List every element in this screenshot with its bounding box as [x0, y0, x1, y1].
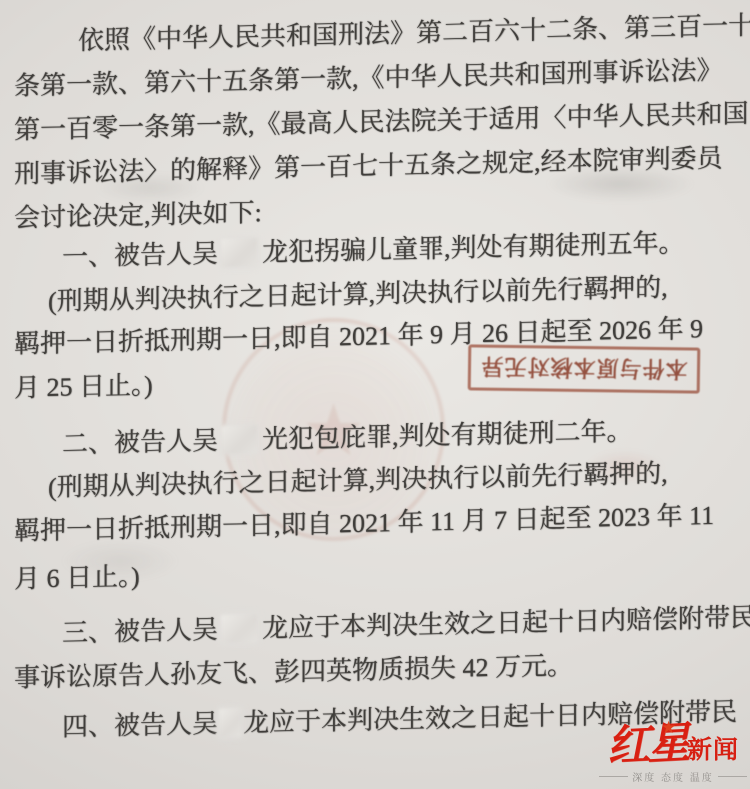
redacted-name: [221, 614, 257, 643]
line-text: 羁押一日折抵刑期一日,即自 2021 年 11 月 7 日起至 2023 年 1…: [14, 501, 714, 546]
line-text: 会讨论决定,判决如下:: [14, 198, 262, 233]
tagline-rule-right: [718, 776, 747, 777]
redacted-name: [221, 238, 257, 267]
redacted-name: [221, 425, 257, 454]
line-text: 月 25 日止。): [14, 371, 153, 403]
redstar-news-watermark: 红星 ★ 新闻 深度 态度 温度: [599, 724, 747, 784]
judgment-line: 事诉讼原告人孙友飞、彭四英物质损失 42 万元。: [14, 645, 573, 695]
verification-stamp-text: 本件与原本核对无异: [480, 352, 687, 386]
judgment-text: 依照《中华人民共和国刑法》第二百六十二条、第三百一十 条第一款、第六十五条第一款…: [0, 0, 750, 789]
line-text: 光犯包庇罪,判处有期徒刑二年。: [262, 417, 633, 454]
line-text: 条第一款、第六十五条第一款,《中华人民共和国刑事诉讼法》: [14, 56, 723, 101]
line-text: 月 6 日止。): [14, 562, 140, 594]
judgment-line: 会讨论决定,判决如下:: [14, 192, 262, 235]
judgment-line: (刑期从判决执行之日起计算,判决执行以前先行羁押的,: [14, 453, 668, 505]
line-text: 依照《中华人民共和国刑法》第二百六十二条、第三百一十: [78, 11, 750, 55]
judgment-line: 月 25 日止。): [14, 365, 153, 405]
judgment-line-item-2: 二、被告人吴光犯包庇罪,判处有期徒刑二年。: [14, 411, 633, 462]
judgment-line: 羁押一日折抵刑期一日,即自 2021 年 11 月 7 日起至 2023 年 1…: [14, 495, 714, 548]
verification-stamp: 本件与原本核对无异: [468, 344, 701, 393]
line-text: 刑事诉讼法〉的解释》第一百七十五条之规定,经本院审判委员: [14, 144, 723, 189]
judgment-photo: ★ 依照《中华人民共和国刑法》第二百六十二条、第三百一十 条第一款、第六十五条第…: [0, 0, 750, 789]
line-text: 事诉讼原告人孙友飞、彭四英物质损失 42 万元。: [14, 651, 573, 693]
redacted-name: [219, 709, 241, 737]
judgment-line: 条第一款、第六十五条第一款,《中华人民共和国刑事诉讼法》: [14, 50, 723, 103]
line-text: (刑期从判决执行之日起计算,判决执行以前先行羁押的,: [48, 459, 668, 502]
tagline-text: 深度 态度 温度: [632, 769, 714, 784]
tagline-rule-left: [599, 776, 628, 777]
redstar-block-text: 新闻: [687, 738, 739, 767]
judgment-line: 月 6 日止。): [14, 556, 140, 596]
line-text: 三、被告人吴: [62, 615, 218, 648]
judgment-line-item-3: 三、被告人吴龙应于本判决生效之日起十日内赔偿附带民: [14, 597, 750, 651]
redstar-logo-row: 红星 ★ 新闻: [599, 724, 747, 767]
line-text: 第一百零一条第一款,《最高人民法院关于适用〈中华人民共和国: [14, 99, 749, 145]
line-text: 龙犯拐骗儿童罪,判处有期徒刑五年。: [262, 228, 685, 267]
line-text: 四、被告人吴: [62, 709, 218, 742]
line-text: 龙应于本判决生效之日起十日内赔偿附带民: [262, 603, 750, 643]
line-text: (刑期从判决执行之日起计算,判决执行以前先行羁押的,: [48, 273, 668, 316]
star-icon: ★: [661, 720, 676, 737]
redstar-tagline: 深度 态度 温度: [599, 769, 747, 784]
line-text: 二、被告人吴: [62, 426, 218, 459]
line-text: 一、被告人吴: [62, 239, 218, 272]
judgment-line: 刑事诉讼法〉的解释》第一百七十五条之规定,经本院审判委员: [14, 138, 723, 191]
